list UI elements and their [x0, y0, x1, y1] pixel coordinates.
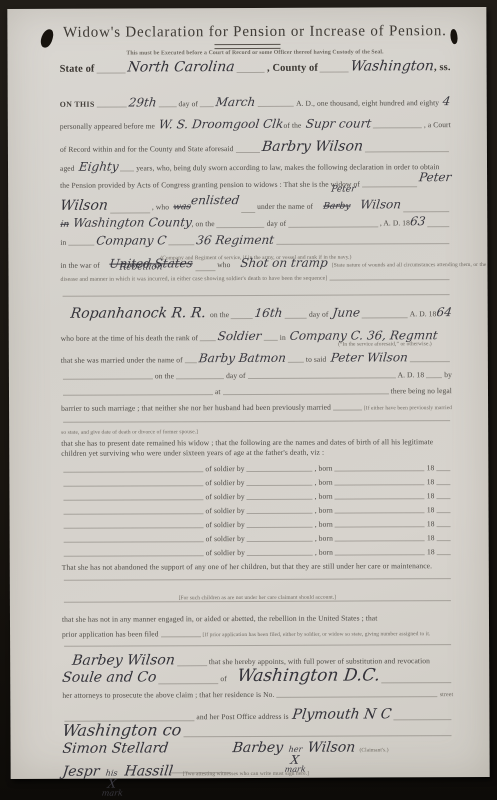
- record-row: of Record within and for the County and …: [60, 139, 451, 155]
- record-text: of Record within and for the County and …: [60, 144, 234, 154]
- claimant-value: Barbry Wilson: [261, 139, 364, 153]
- prev-note2: so state, and give date of death or divo…: [61, 429, 198, 436]
- year-prefix-2: 18: [427, 477, 435, 486]
- appeared-row: personally appeared before me W. S. Droo…: [60, 117, 451, 131]
- state-county-row: State of North Carolina , County of Wash…: [60, 59, 451, 75]
- form-title-row: Widow's Declaration for Pension or Incre…: [59, 23, 450, 42]
- death-ad18: A. D. 18: [410, 309, 437, 318]
- rebellion-row: that she has not in any manner engaged i…: [62, 613, 453, 624]
- day-value: 29th: [128, 96, 157, 108]
- who2-label: who: [217, 260, 230, 269]
- death-day-of: day of: [309, 310, 329, 319]
- ad18-label: , A. D. 18: [380, 218, 410, 227]
- aged-rest: years, who, being duly sworn according t…: [136, 162, 439, 172]
- prosecute-row: her attorneys to prosecute the above cla…: [62, 689, 453, 700]
- day-of-label2: day of: [267, 219, 287, 228]
- of-soldier-by-1: of soldier by: [205, 464, 244, 473]
- widow-text: that she has to present date remained hi…: [61, 437, 433, 448]
- execution-notice-row: This must be Executed before a Court of …: [60, 49, 451, 57]
- war-name-stack: United States Rebellion: [110, 254, 193, 272]
- witness2-signature-first: Jespr: [62, 765, 100, 779]
- corrected-name-stack: Barby Peter: [323, 196, 350, 214]
- street-label: street: [440, 692, 454, 698]
- page-title: Widow's Declaration for Pension or Incre…: [63, 23, 447, 42]
- m-day-of: day of: [226, 371, 246, 380]
- married-husband: Peter Wilson: [330, 351, 408, 363]
- day-of-label: day of: [178, 99, 198, 108]
- tear-hole-top-left: [39, 28, 54, 49]
- enlisted-value: enlisted: [190, 194, 240, 206]
- court-value: Supr court: [305, 117, 372, 129]
- tear-hole-top-right: [449, 29, 459, 45]
- year-value: 4: [442, 95, 451, 107]
- blank-row-e: [62, 643, 453, 648]
- year-prefix-3: 18: [427, 491, 435, 500]
- a-court-label: , a Court: [424, 120, 451, 129]
- claimant-signature-last: Wilson: [307, 741, 356, 755]
- witness-note: [Two attesting witnesses who can write m…: [183, 771, 309, 778]
- aged-label: aged: [60, 164, 75, 173]
- prev-note2-row: so state, and give date of death or divo…: [61, 428, 452, 436]
- scanned-document-photo: Widow's Declaration for Pension or Incre…: [0, 0, 497, 800]
- children-text-row: children yet surviving who were under si…: [61, 447, 452, 458]
- firm-value: Soule and Co: [61, 670, 157, 684]
- wounds-note2: disease and manner in which it was incur…: [60, 276, 327, 283]
- state-value: North Carolina: [126, 60, 235, 74]
- po-value: Plymouth N C: [292, 707, 393, 721]
- company-value: Company C: [96, 234, 168, 246]
- born-label-2: , born: [315, 478, 333, 487]
- prev-note: [If either have been previously married: [364, 405, 452, 411]
- death-month: June: [332, 307, 361, 319]
- enlist-year: 63: [409, 215, 426, 227]
- death-place-row: Ropanhanock R. R. on the 16th day of Jun…: [61, 305, 452, 321]
- born-label-4: , born: [315, 506, 333, 515]
- born-label-5: , born: [315, 520, 333, 529]
- county-label: , County of: [267, 63, 318, 74]
- who-label: , who: [152, 202, 169, 211]
- born-label-7: , born: [315, 548, 333, 557]
- to-said-label: to said: [306, 355, 327, 364]
- of-soldier-by-6: of soldier by: [206, 534, 245, 543]
- appeared-label: personally appeared before me: [60, 121, 155, 130]
- execution-notice: This must be Executed before a Court of …: [126, 49, 383, 56]
- rebellion-text: that she has not in any manner engaged i…: [62, 613, 377, 623]
- married-intro: that she was married under the name of: [61, 355, 183, 365]
- widow-text-row: that she has to present date remained hi…: [61, 437, 452, 448]
- officer-value: W. S. Droomgool Clk: [158, 118, 284, 131]
- widow-of-value: Peter: [418, 171, 452, 183]
- marriage-at-row: at there being no legal: [61, 386, 452, 397]
- year-prefix-6: 18: [427, 533, 435, 542]
- prior-note: [If prior application has been filed, ei…: [203, 631, 431, 638]
- over-name: Peter: [331, 186, 356, 195]
- regiment-value: 36 Regiment: [196, 234, 275, 246]
- child-row-4: of soldier by , born 18: [61, 505, 452, 516]
- age-value: Eighty: [78, 161, 119, 173]
- care-row: That she has not abandoned the support o…: [62, 561, 453, 572]
- prior-label: prior application has been filed: [62, 629, 159, 638]
- of-soldier-by-2: of soldier by: [205, 478, 244, 487]
- state-label: State of: [60, 64, 95, 75]
- po-label: and her Post Office address is: [196, 712, 288, 721]
- year-prefix-5: 18: [427, 519, 435, 528]
- war-row: in the war of United States Rebellion wh…: [60, 253, 451, 273]
- child-row-3: of soldier by , born 18: [61, 491, 452, 502]
- county-sig-row: Washington co: [62, 721, 453, 739]
- service-note-row: (“In the service aforesaid,” or otherwis…: [61, 341, 452, 349]
- born-label-6: , born: [315, 534, 333, 543]
- enlist-place-row: in Washington County , on the day of , A…: [60, 215, 451, 230]
- death-day: 16th: [254, 307, 283, 319]
- pension-intro-row: the Pension provided by Acts of Congress…: [60, 176, 451, 190]
- child-row-6: of soldier by , born 18: [62, 533, 453, 544]
- blank-row-b: [61, 419, 452, 424]
- county-sig: Washington co: [62, 722, 183, 739]
- title-divider: [214, 44, 280, 49]
- death-on-the: on the: [210, 310, 229, 319]
- signer-value: Barbey Wilson: [71, 653, 175, 667]
- maiden-value: Barby Batmon: [198, 352, 287, 364]
- of-soldier-by-3: of soldier by: [205, 492, 244, 501]
- year-prefix-7: 18: [427, 547, 435, 556]
- claimant-signature-first: Barbey: [231, 741, 283, 755]
- struck-was: was: [173, 203, 192, 212]
- blank-row-a: [61, 293, 452, 298]
- child-row-5: of soldier by , born 18: [62, 519, 453, 530]
- of-soldier-by-7: of soldier by: [206, 548, 245, 557]
- barrier-row: barrier to such marriage ; that neither …: [61, 402, 452, 413]
- of-soldier-by-4: of soldier by: [205, 506, 244, 515]
- born-label-1: , born: [314, 464, 332, 473]
- witness2-signature-last: Hassill: [124, 764, 174, 778]
- firm-row: Soule and Co of Washington D.C.: [62, 667, 453, 686]
- prosecute-text: her attorneys to prosecute the above cla…: [62, 690, 274, 700]
- rank-in-label: in: [280, 333, 286, 342]
- m-by: by: [444, 370, 452, 379]
- pension-form-paper: Widow's Declaration for Pension or Incre…: [7, 7, 489, 779]
- cause-value: Shot on tramp: [240, 257, 329, 269]
- of-soldier-by-5: of soldier by: [206, 520, 245, 529]
- pension-intro: the Pension provided by Acts of Congress…: [60, 180, 360, 190]
- struck-in: in: [60, 221, 70, 230]
- wounds-note: [State nature of wounds and all circumst…: [332, 262, 487, 269]
- child-row-7: of soldier by , born 18: [62, 547, 453, 558]
- m-at: at: [215, 387, 221, 396]
- m-on-the: on the: [155, 371, 174, 380]
- claimant-note: (Claimant's.): [360, 747, 389, 753]
- children-text: children yet surviving who were under si…: [61, 448, 324, 458]
- unit-value: Company C. 36, Regmnt: [289, 329, 438, 342]
- of-label2: of: [220, 674, 226, 683]
- witness2-x-mark: his X mark: [101, 770, 122, 798]
- year-prefix-4: 18: [427, 505, 435, 514]
- witness1-signature: Simon Stellard: [62, 741, 169, 755]
- mark-label2: mark: [101, 790, 123, 798]
- city-value: Washington D.C.: [236, 667, 381, 685]
- year-prefix-1: 18: [427, 463, 435, 472]
- marriage-date-row: on the day of A. D. 18 by: [61, 370, 452, 381]
- month-value: March: [215, 96, 256, 108]
- on-the-label: , on the: [192, 219, 215, 228]
- ss-suffix: , ss.: [434, 62, 451, 73]
- service-note: (“In the service aforesaid,” or otherwis…: [338, 341, 432, 347]
- under-name-label: under the name of: [257, 202, 313, 211]
- appoint-text: that she hereby appoints, with full powe…: [209, 656, 430, 666]
- date-row: ON THIS 29th day of March A. D., one tho…: [60, 95, 451, 109]
- prior-row: prior application has been filed [If pri…: [62, 628, 453, 639]
- in-label: in: [60, 238, 66, 247]
- war-value: Rebellion: [119, 263, 163, 272]
- death-year: 64: [436, 306, 453, 318]
- legal-text: there being no legal: [391, 386, 452, 395]
- rank-value: Soldier: [217, 330, 262, 342]
- of-the-label: of the: [284, 121, 302, 130]
- county-value: Washington: [350, 59, 435, 73]
- born-label-3: , born: [315, 492, 333, 501]
- disease-note-row: disease and manner in which it was incur…: [60, 275, 451, 283]
- enlist-name-row: Wilson , who was enlisted under the name…: [60, 195, 451, 215]
- child-row-2: of soldier by , born 18: [61, 477, 452, 488]
- barrier-text: barrier to such marriage ; that neither …: [61, 403, 331, 413]
- place-value: Washington County: [72, 216, 192, 229]
- m-ad18: A. D. 18: [398, 370, 425, 379]
- year-text: A. D., one thousand, eight hundred and e…: [296, 98, 439, 108]
- war-label: in the war of: [60, 261, 99, 270]
- husband-surname: Wilson: [59, 199, 108, 213]
- name-last: Wilson: [360, 198, 402, 210]
- death-place: Ropanhanock R. R.: [70, 306, 207, 321]
- blank-row-c: [62, 577, 453, 582]
- married-row: that she was married under the name of B…: [61, 351, 452, 365]
- on-this-label: ON THIS: [60, 100, 95, 109]
- struck-name: Barby: [323, 203, 351, 212]
- child-row-1: of soldier by , born 18: [61, 463, 452, 474]
- witness2-sig-row: Jespr his X mark Hassill [Two attesting …: [63, 763, 454, 798]
- aged-row: aged Eighty years, who, being duly sworn…: [60, 159, 451, 173]
- care-text: That she has not abandoned the support o…: [62, 561, 432, 572]
